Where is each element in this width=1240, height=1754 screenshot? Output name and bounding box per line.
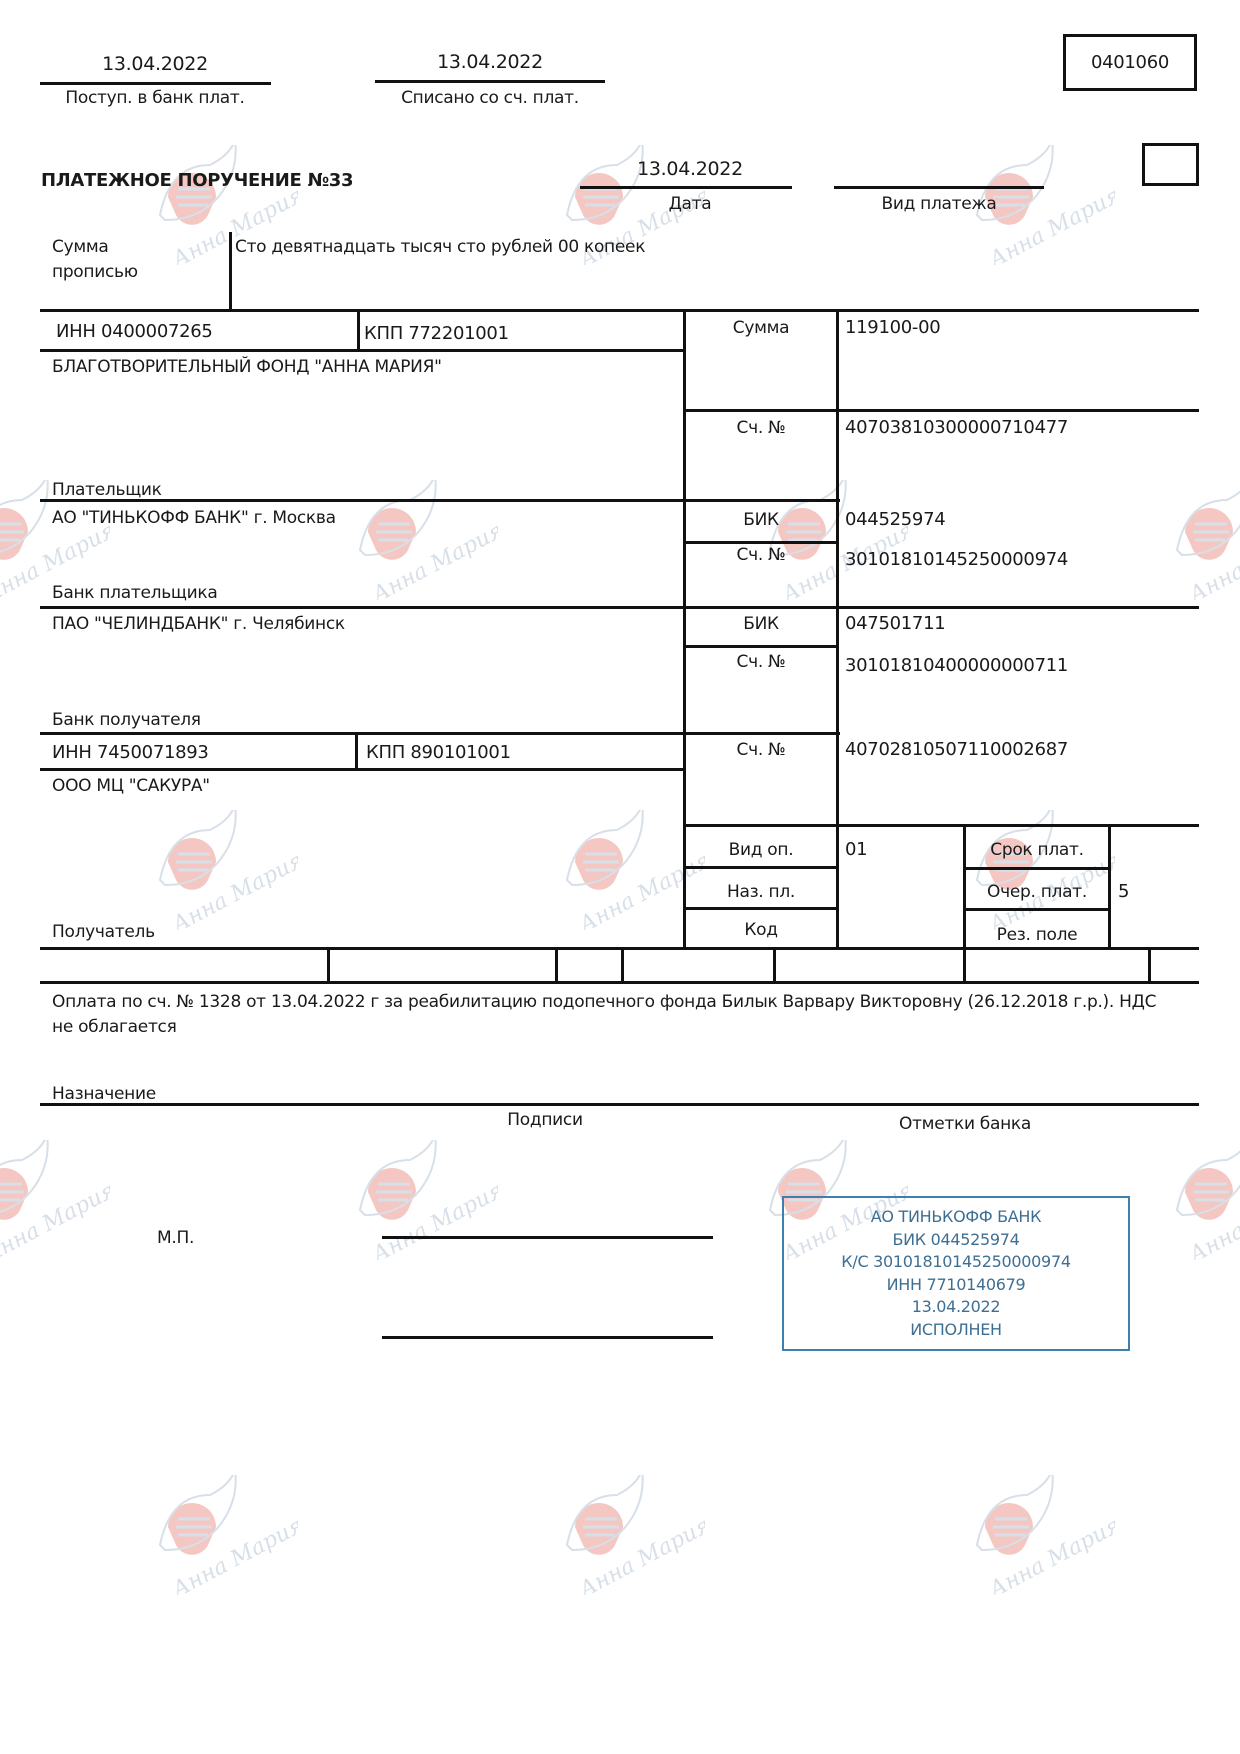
grid-line bbox=[1148, 947, 1151, 983]
debited-date: 13.04.2022 bbox=[375, 52, 605, 72]
bank-stamp: АО ТИНЬКОФФ БАНК БИК 044525974 К/С 30101… bbox=[782, 1196, 1130, 1351]
svg-text:Анна Мария: Анна Мария bbox=[574, 1513, 705, 1595]
grid-line bbox=[686, 907, 838, 910]
charity-fund-logo-icon: Анна Мария bbox=[0, 1140, 110, 1260]
payee-bank-label: Банк получателя bbox=[52, 710, 201, 730]
charity-fund-logo-icon: Анна Мария bbox=[555, 1475, 705, 1595]
payee-bank-account: 30101810400000000711 bbox=[845, 656, 1068, 676]
payee-bank-name: ПАО "ЧЕЛИНДБАНК" г. Челябинск bbox=[52, 614, 345, 634]
grid-line bbox=[357, 309, 360, 351]
svg-text:Анна Мария: Анна Мария bbox=[167, 1513, 298, 1595]
signature-line-1 bbox=[382, 1236, 713, 1239]
grid-line bbox=[963, 947, 966, 983]
payee-account-label: Сч. № bbox=[686, 740, 836, 760]
payer-account: 40703810300000710477 bbox=[845, 418, 1068, 438]
payer-inn: ИНН 0400007265 bbox=[56, 322, 213, 342]
grid-line bbox=[1108, 824, 1111, 949]
svg-text:Анна Мария: Анна Мария bbox=[1184, 518, 1240, 600]
purpose-label: Назначение bbox=[52, 1084, 156, 1104]
svg-text:Анна Мария: Анна Мария bbox=[367, 1178, 498, 1260]
payment-type-line bbox=[834, 186, 1044, 189]
debited-date-label: Списано со сч. плат. bbox=[375, 88, 605, 108]
priority-value: 5 bbox=[1118, 882, 1129, 902]
grid-line bbox=[686, 824, 1199, 827]
bank-stamp-line: ИСПОЛНЕН bbox=[784, 1319, 1128, 1342]
payer-account-label: Сч. № bbox=[686, 418, 836, 438]
payee-bank-bik: 047501711 bbox=[845, 614, 945, 634]
purpose-line-2: не облагается bbox=[52, 1017, 177, 1037]
charity-fund-logo-icon: Анна Мария bbox=[1165, 1140, 1240, 1260]
payee-kpp: КПП 890101001 bbox=[366, 743, 511, 763]
grid-line bbox=[963, 908, 1111, 911]
charity-fund-logo-icon: Анна Мария bbox=[965, 810, 1115, 930]
charity-fund-logo-icon: Анна Мария bbox=[348, 480, 498, 600]
payee-name: ООО МЦ "САКУРА" bbox=[52, 776, 210, 796]
charity-fund-logo-icon: Анна Мария bbox=[1165, 480, 1240, 600]
grid-line bbox=[40, 947, 1199, 950]
payer-name: БЛАГОТВОРИТЕЛЬНЫЙ ФОНД "АННА МАРИЯ" bbox=[52, 357, 442, 377]
grid-line bbox=[40, 1103, 1199, 1106]
received-date-line bbox=[40, 82, 271, 85]
amount-words-label-2: прописью bbox=[52, 262, 138, 282]
purpose-line-1: Оплата по сч. № 1328 от 13.04.2022 г за … bbox=[52, 992, 1156, 1012]
op-type-label: Вид оп. bbox=[686, 840, 836, 860]
grid-line bbox=[686, 409, 1199, 412]
received-date: 13.04.2022 bbox=[40, 54, 270, 74]
payee-bank-account-label: Сч. № bbox=[686, 652, 836, 672]
order-date-line bbox=[580, 186, 792, 189]
payee-account: 40702810507110002687 bbox=[845, 740, 1068, 760]
amount-words-label-1: Сумма bbox=[52, 237, 109, 257]
payee-inn: ИНН 7450071893 bbox=[52, 743, 209, 763]
svg-text:Анна Мария: Анна Мария bbox=[0, 1178, 110, 1260]
grid-line bbox=[40, 349, 685, 352]
amount-value: 119100-00 bbox=[845, 318, 940, 338]
reserve-label: Рез. поле bbox=[966, 925, 1108, 945]
order-date: 13.04.2022 bbox=[590, 159, 790, 179]
charity-fund-logo-icon: Анна Мария bbox=[348, 1140, 498, 1260]
grid-line bbox=[963, 867, 1111, 870]
payer-bank-account-label: Сч. № bbox=[686, 545, 836, 565]
payer-label: Плательщик bbox=[52, 480, 162, 500]
signatures-label: Подписи bbox=[470, 1110, 620, 1130]
grid-line bbox=[355, 732, 358, 770]
grid-line bbox=[40, 606, 1199, 609]
grid-line bbox=[621, 947, 624, 983]
charity-fund-logo-icon: Анна Мария bbox=[148, 1475, 298, 1595]
document-title: ПЛАТЕЖНОЕ ПОРУЧЕНИЕ №33 bbox=[41, 171, 353, 191]
payer-bank-bik-label: БИК bbox=[686, 510, 836, 530]
grid-line bbox=[686, 866, 838, 869]
grid-line bbox=[773, 947, 776, 983]
grid-line bbox=[40, 768, 685, 771]
payment-type-label: Вид платежа bbox=[834, 194, 1044, 214]
svg-text:Анна Мария: Анна Мария bbox=[167, 848, 298, 930]
bank-marks-label: Отметки банка bbox=[880, 1114, 1050, 1134]
stamp-place-label: М.П. bbox=[157, 1228, 194, 1248]
grid-line bbox=[40, 732, 840, 735]
amount-words-value: Сто девятнадцать тысяч сто рублей 00 коп… bbox=[235, 237, 645, 257]
amount-label: Сумма bbox=[686, 318, 836, 338]
payer-bank-name: АО "ТИНЬКОФФ БАНК" г. Москва bbox=[52, 508, 336, 528]
received-date-label: Поступ. в банк плат. bbox=[40, 88, 270, 108]
grid-line bbox=[40, 309, 1199, 312]
priority-label: Очер. плат. bbox=[966, 882, 1108, 902]
purpose-code-label: Наз. пл. bbox=[686, 882, 836, 902]
bank-stamp-line: К/С 30101810145250000974 bbox=[784, 1251, 1128, 1274]
svg-text:Анна Мария: Анна Мария bbox=[367, 518, 498, 600]
payer-bank-label: Банк плательщика bbox=[52, 583, 217, 603]
bank-stamp-line: 13.04.2022 bbox=[784, 1296, 1128, 1319]
signature-line-2 bbox=[382, 1336, 713, 1339]
payer-bank-account: 30101810145250000974 bbox=[845, 550, 1068, 570]
bank-stamp-line: БИК 044525974 bbox=[784, 1229, 1128, 1252]
grid-line bbox=[686, 541, 838, 544]
grid-line bbox=[555, 947, 558, 983]
code-label: Код bbox=[686, 920, 836, 940]
payer-bank-bik: 044525974 bbox=[845, 510, 945, 530]
debited-date-line bbox=[375, 80, 605, 83]
op-type-value: 01 bbox=[845, 840, 867, 860]
charity-fund-logo-icon: Анна Мария bbox=[148, 810, 298, 930]
payee-label: Получатель bbox=[52, 922, 155, 942]
status-box bbox=[1142, 143, 1199, 186]
charity-fund-logo-icon: Анна Мария bbox=[965, 1475, 1115, 1595]
form-code-box: 0401060 bbox=[1063, 34, 1197, 91]
grid-line bbox=[836, 309, 839, 949]
amount-words-divider bbox=[229, 232, 232, 310]
bank-stamp-line: ИНН 7710140679 bbox=[784, 1274, 1128, 1297]
charity-fund-logo-icon: Анна Мария bbox=[758, 480, 908, 600]
grid-line bbox=[40, 499, 840, 502]
payee-bank-bik-label: БИК bbox=[686, 614, 836, 634]
order-date-label: Дата bbox=[590, 194, 790, 214]
grid-line bbox=[327, 947, 330, 983]
form-code: 0401060 bbox=[1066, 53, 1194, 73]
bank-stamp-line: АО ТИНЬКОФФ БАНК bbox=[784, 1206, 1128, 1229]
svg-text:Анна Мария: Анна Мария bbox=[984, 1513, 1115, 1595]
payer-kpp: КПП 772201001 bbox=[364, 324, 509, 344]
grid-line bbox=[686, 645, 838, 648]
due-label: Срок плат. bbox=[966, 840, 1108, 860]
grid-line bbox=[40, 981, 1199, 984]
svg-text:Анна Мария: Анна Мария bbox=[1184, 1178, 1240, 1260]
